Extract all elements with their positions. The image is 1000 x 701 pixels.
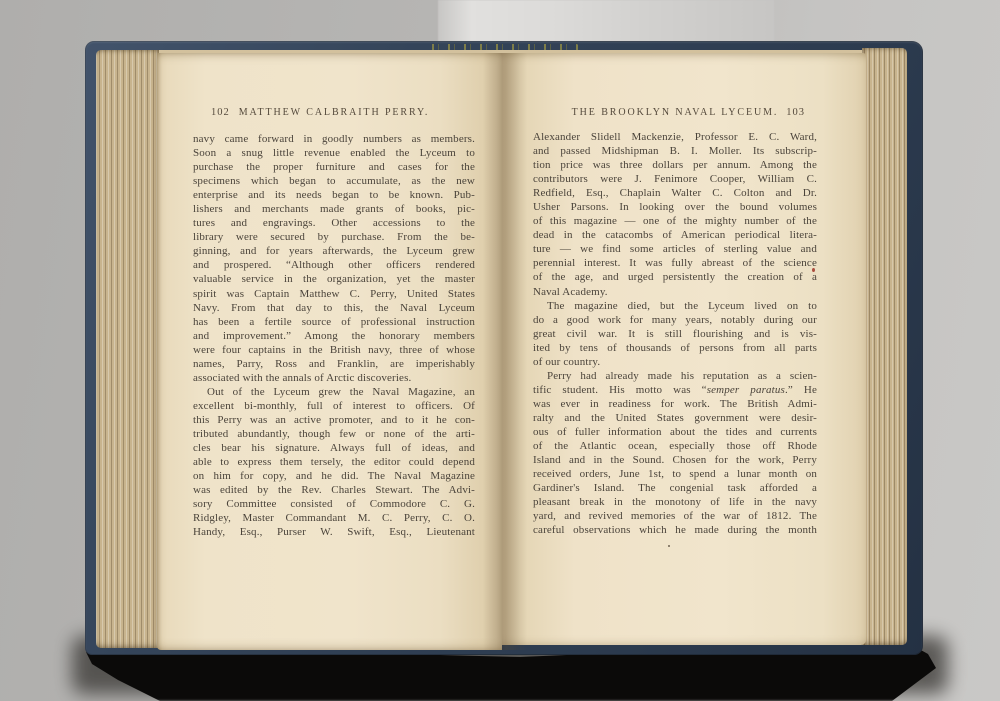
text-line: spirit was Captain Matthew C. Perry, Uni… (193, 287, 475, 301)
text-line: contributors were J. Fenimore Cooper, Wi… (533, 172, 817, 186)
text-line: careful observations which he made durin… (533, 523, 817, 537)
left-running-title: MATTHEW CALBRAITH PERRY. (193, 107, 475, 118)
text-line: ginning, and for years afterwards, the L… (193, 244, 475, 258)
text-line: and prospered. “Although other officers … (193, 258, 475, 272)
text-line: enterprise and its needs began to be kno… (193, 188, 475, 202)
text-line: pleasant break in the monotony of life i… (533, 495, 817, 509)
page-edges-right (862, 48, 907, 645)
text-line: of this magazine — one of the mighty num… (533, 214, 817, 228)
right-running-head: THE BROOKLYN NAVAL LYCEUM. 103 (533, 107, 817, 121)
text-line: able to express them tersely, the editor… (193, 455, 475, 469)
text-line: perennial interest. It was fully abreast… (533, 256, 817, 270)
text-line: has been a fertile source of professiona… (193, 315, 475, 329)
text-line: sory Committee consisted of Commodore C.… (193, 497, 475, 511)
text-line: Soon a snug little revenue enabled the L… (193, 146, 475, 160)
text-line: Navy. From that day to this, the Naval L… (193, 301, 475, 315)
right-page: THE BROOKLYN NAVAL LYCEUM. 103 Alexander… (502, 53, 866, 645)
text-line: tures and engravings. Other accessions t… (193, 216, 475, 230)
text-line: ralty and the United States government w… (533, 411, 817, 425)
text-line: Island and in the Sound. Chosen for the … (533, 453, 817, 467)
text-line: The magazine died, but the Lyceum lived … (533, 299, 817, 313)
text-line: of the age, and urged persistently the c… (533, 270, 817, 284)
text-line: Alexander Slidell Mackenzie, Professor E… (533, 130, 817, 144)
text-line: Usher Parsons. In looking over the bound… (533, 200, 817, 214)
text-line: dead in the catacombs of American period… (533, 228, 817, 242)
text-line: purchase the proper furniture and cases … (193, 160, 475, 174)
text-line: do a good work for many years, notably d… (533, 313, 817, 327)
text-line: was ever in readiness for work. The Brit… (533, 397, 817, 411)
text-line: of the Atlantic ocean, especially those … (533, 439, 817, 453)
text-line: Handy, Esq., Purser W. Swift, Esq., Lieu… (193, 525, 475, 539)
text-line: Ridgley, Master Commandant M. C. Perry, … (193, 511, 475, 525)
text-line: Gardiner's Island. The congenial task af… (533, 481, 817, 495)
text-line: were four captains in the British navy, … (193, 343, 475, 357)
text-line: valuable service in the organization, ye… (193, 272, 475, 286)
text-line: was edited by the Rev. Charles Stewart. … (193, 483, 475, 497)
right-running-title: THE BROOKLYN NAVAL LYCEUM. (533, 107, 817, 118)
text-line: great civil war. It is still flourishing… (533, 327, 817, 341)
text-line: ous of fuller information about the tide… (533, 425, 817, 439)
text-line: on him for copy, and he did. The Naval M… (193, 469, 475, 483)
text-line: Naval Academy. (533, 285, 817, 299)
text-line: lishers and merchants made grants of boo… (193, 202, 475, 216)
left-running-head: 102 MATTHEW CALBRAITH PERRY. (193, 107, 475, 121)
text-line: tific student. His motto was “semper par… (533, 383, 817, 397)
text-line: names, Parry, Ross and Franklin, are imp… (193, 357, 475, 371)
text-line: this Perry was an active promoter, and t… (193, 413, 475, 427)
text-line: and improvement.” Among the honorary mem… (193, 329, 475, 343)
text-line: Out of the Lyceum grew the Naval Magazin… (193, 385, 475, 399)
text-line: cles bear his signature. Always full of … (193, 441, 475, 455)
text-line: ited by tens of thousands of persons fro… (533, 341, 817, 355)
text-line: specimens which began to accumulate, as … (193, 174, 475, 188)
text-line: and passed Midshipman B. I. Moller. Its … (533, 144, 817, 158)
text-line: tributed abundantly, though few or none … (193, 427, 475, 441)
text-line: Redfield, Esq., Chaplain Walter C. Colto… (533, 186, 817, 200)
text-line: of our country. (533, 355, 817, 369)
text-line: excellent bi-monthly, full of interest t… (193, 399, 475, 413)
page-lines: Alexander Slidell Mackenzie, Professor E… (533, 130, 817, 537)
text-line: yard, and revived memories of the war of… (533, 509, 817, 523)
page-speck-red (812, 268, 815, 272)
page-edges-left (96, 50, 159, 648)
right-page-number: 103 (786, 107, 805, 118)
text-line: navy came forward in goodly numbers as m… (193, 132, 475, 146)
text-line: Perry had already made his reputation as… (533, 369, 817, 383)
text-line: library were secured by purchase. From t… (193, 230, 475, 244)
page-lines: navy came forward in goodly numbers as m… (193, 132, 475, 539)
page-speck (668, 545, 670, 547)
text-line: tion price was three dollars per annum. … (533, 158, 817, 172)
text-line: associated with the annals of Arctic dis… (193, 371, 475, 385)
text-line: received orders, June 1st, to spend a lu… (533, 467, 817, 481)
text-line: ture — we find some articles of sterling… (533, 242, 817, 256)
open-book: 102 MATTHEW CALBRAITH PERRY. navy came f… (85, 41, 923, 655)
left-page: 102 MATTHEW CALBRAITH PERRY. navy came f… (157, 53, 502, 650)
